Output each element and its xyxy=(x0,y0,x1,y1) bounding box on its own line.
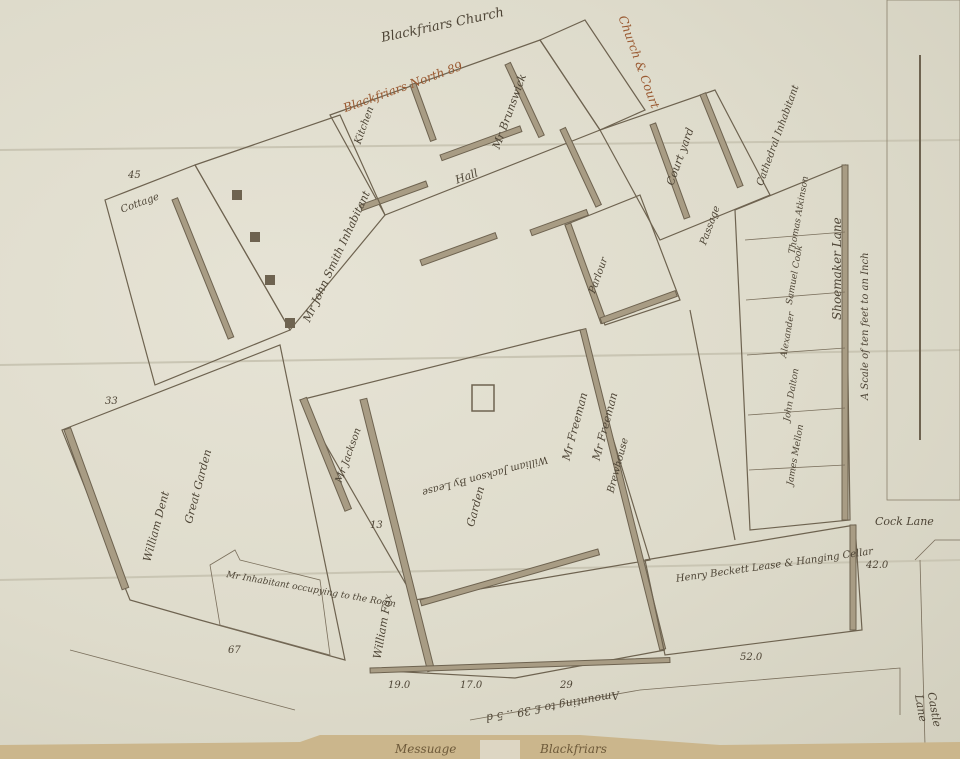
street-label: Shoemaker Lane xyxy=(830,217,844,320)
wall xyxy=(530,209,588,235)
map-canvas: Blackfriars Church Blackfriars North 89 … xyxy=(0,0,960,759)
wall xyxy=(420,233,497,266)
beckett-block xyxy=(645,525,862,655)
wall xyxy=(440,126,522,161)
wall xyxy=(850,525,856,630)
wall xyxy=(700,93,743,188)
plot-divider xyxy=(748,408,845,415)
chimney xyxy=(265,275,275,285)
wall xyxy=(580,329,666,651)
fold-line xyxy=(0,350,960,365)
measurement: 17.0 xyxy=(460,680,482,691)
wall xyxy=(370,658,670,673)
north-block xyxy=(330,40,600,215)
measurement: 13 xyxy=(370,520,383,531)
measurement: 67 xyxy=(228,645,241,656)
measurement: 19.0 xyxy=(388,680,410,691)
great-garden xyxy=(62,345,345,660)
chimney xyxy=(285,318,295,328)
tape-patch xyxy=(480,740,520,759)
staircase xyxy=(472,385,494,411)
wall xyxy=(410,83,436,141)
wall xyxy=(172,198,234,339)
scale-label: A Scale of ten feet to an Inch xyxy=(860,252,871,400)
endorsement-label: Blackfriars xyxy=(540,742,607,756)
chimney xyxy=(250,232,260,242)
wall xyxy=(420,549,599,606)
street-label: Cock Lane xyxy=(875,515,934,528)
measurement: 29 xyxy=(560,680,573,691)
street-line xyxy=(70,650,295,710)
measurement: 45 xyxy=(128,170,141,181)
scale-frame xyxy=(887,0,960,500)
measurement: 52.0 xyxy=(740,652,762,663)
chimney xyxy=(232,190,242,200)
wall xyxy=(600,291,677,324)
wall xyxy=(360,398,435,671)
castle-lane-edge xyxy=(915,540,960,560)
central-court xyxy=(300,330,650,600)
passage-wall xyxy=(690,310,735,540)
measurement: 42.0 xyxy=(866,560,888,571)
wall xyxy=(64,428,129,590)
plan-drawing xyxy=(0,0,960,759)
measurement: 33 xyxy=(105,396,118,407)
endorsement-label: Messuage xyxy=(395,742,456,756)
wall xyxy=(560,127,601,207)
